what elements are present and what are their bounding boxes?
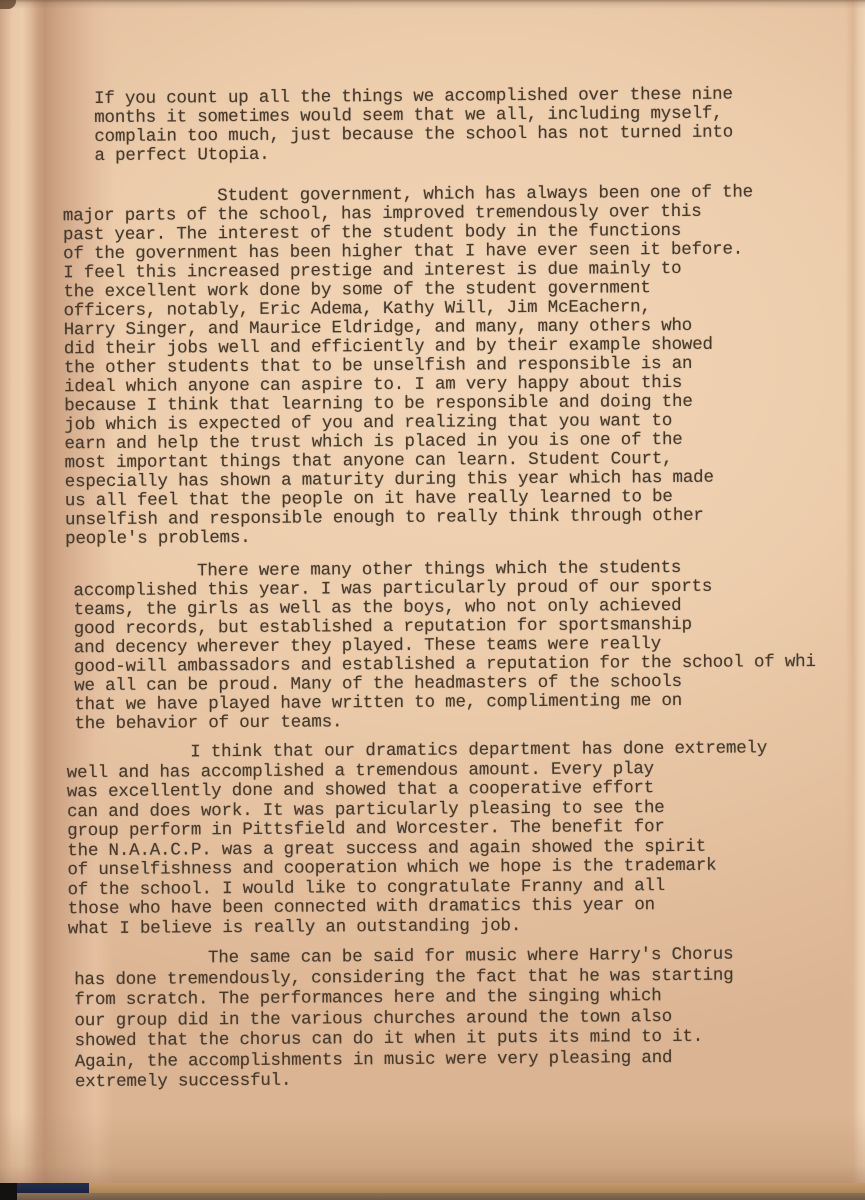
book-bottom-edge [0, 1183, 865, 1200]
table-surface-shadow [17, 1193, 865, 1200]
paragraph-4: I think that our dramatics department ha… [67, 739, 865, 940]
paragraph-1: If you count up all the things we accomp… [94, 85, 865, 166]
paragraph-3: There were many other things which the s… [73, 558, 865, 735]
book-page-scan: If you count up all the things we accomp… [0, 0, 865, 1200]
page-top-edge-shadow [0, 0, 865, 10]
paragraph-2: Student government, which has always bee… [63, 183, 865, 550]
cover-navy-segment [17, 1183, 89, 1193]
paragraph-5: The same can be said for music where Har… [74, 944, 865, 1093]
previous-page-edge [0, 0, 44, 1200]
cover-black-segment [0, 1183, 17, 1200]
bottom-page-curl-shadow [0, 1113, 865, 1183]
typewritten-text: If you count up all the things we accomp… [62, 85, 865, 1093]
pages-edge-tan-segment [89, 1183, 865, 1193]
